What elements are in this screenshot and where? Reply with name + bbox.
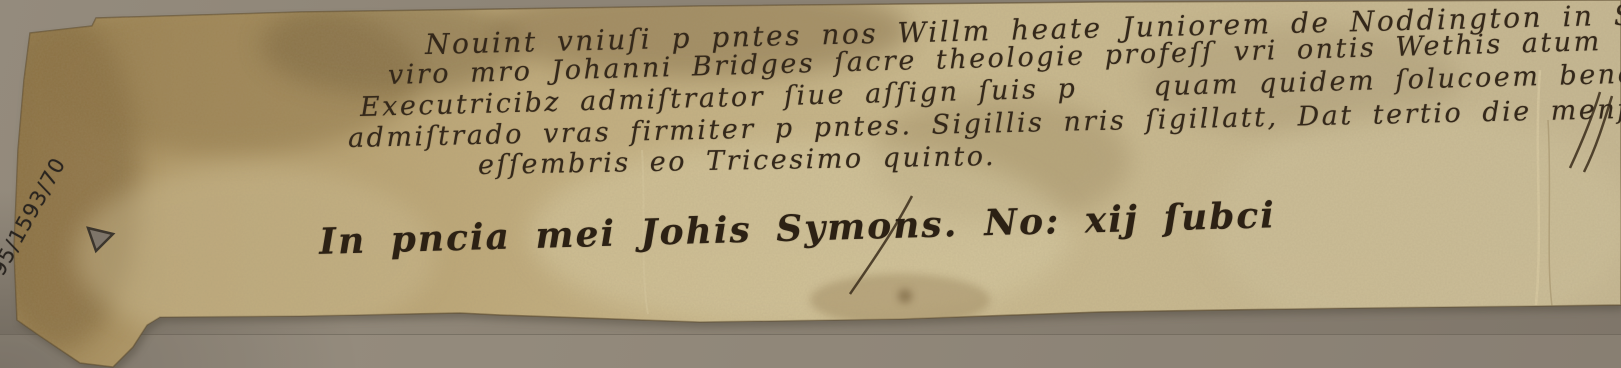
shelfmark: 95/1593/70 <box>0 153 71 279</box>
number-note: No: xij ſubci <box>958 194 1277 245</box>
handwriting-layer: Nouint vniuſi p pntes nos Willm heate Ju… <box>0 0 1621 368</box>
attestation-line: In pncia mei Johis Symons.No: xij ſubci <box>170 152 1277 309</box>
photo-stage: Nouint vniuſi p pntes nos Willm heate Ju… <box>0 0 1621 368</box>
attestation-text: In pncia mei Johis Symons. <box>319 203 959 263</box>
